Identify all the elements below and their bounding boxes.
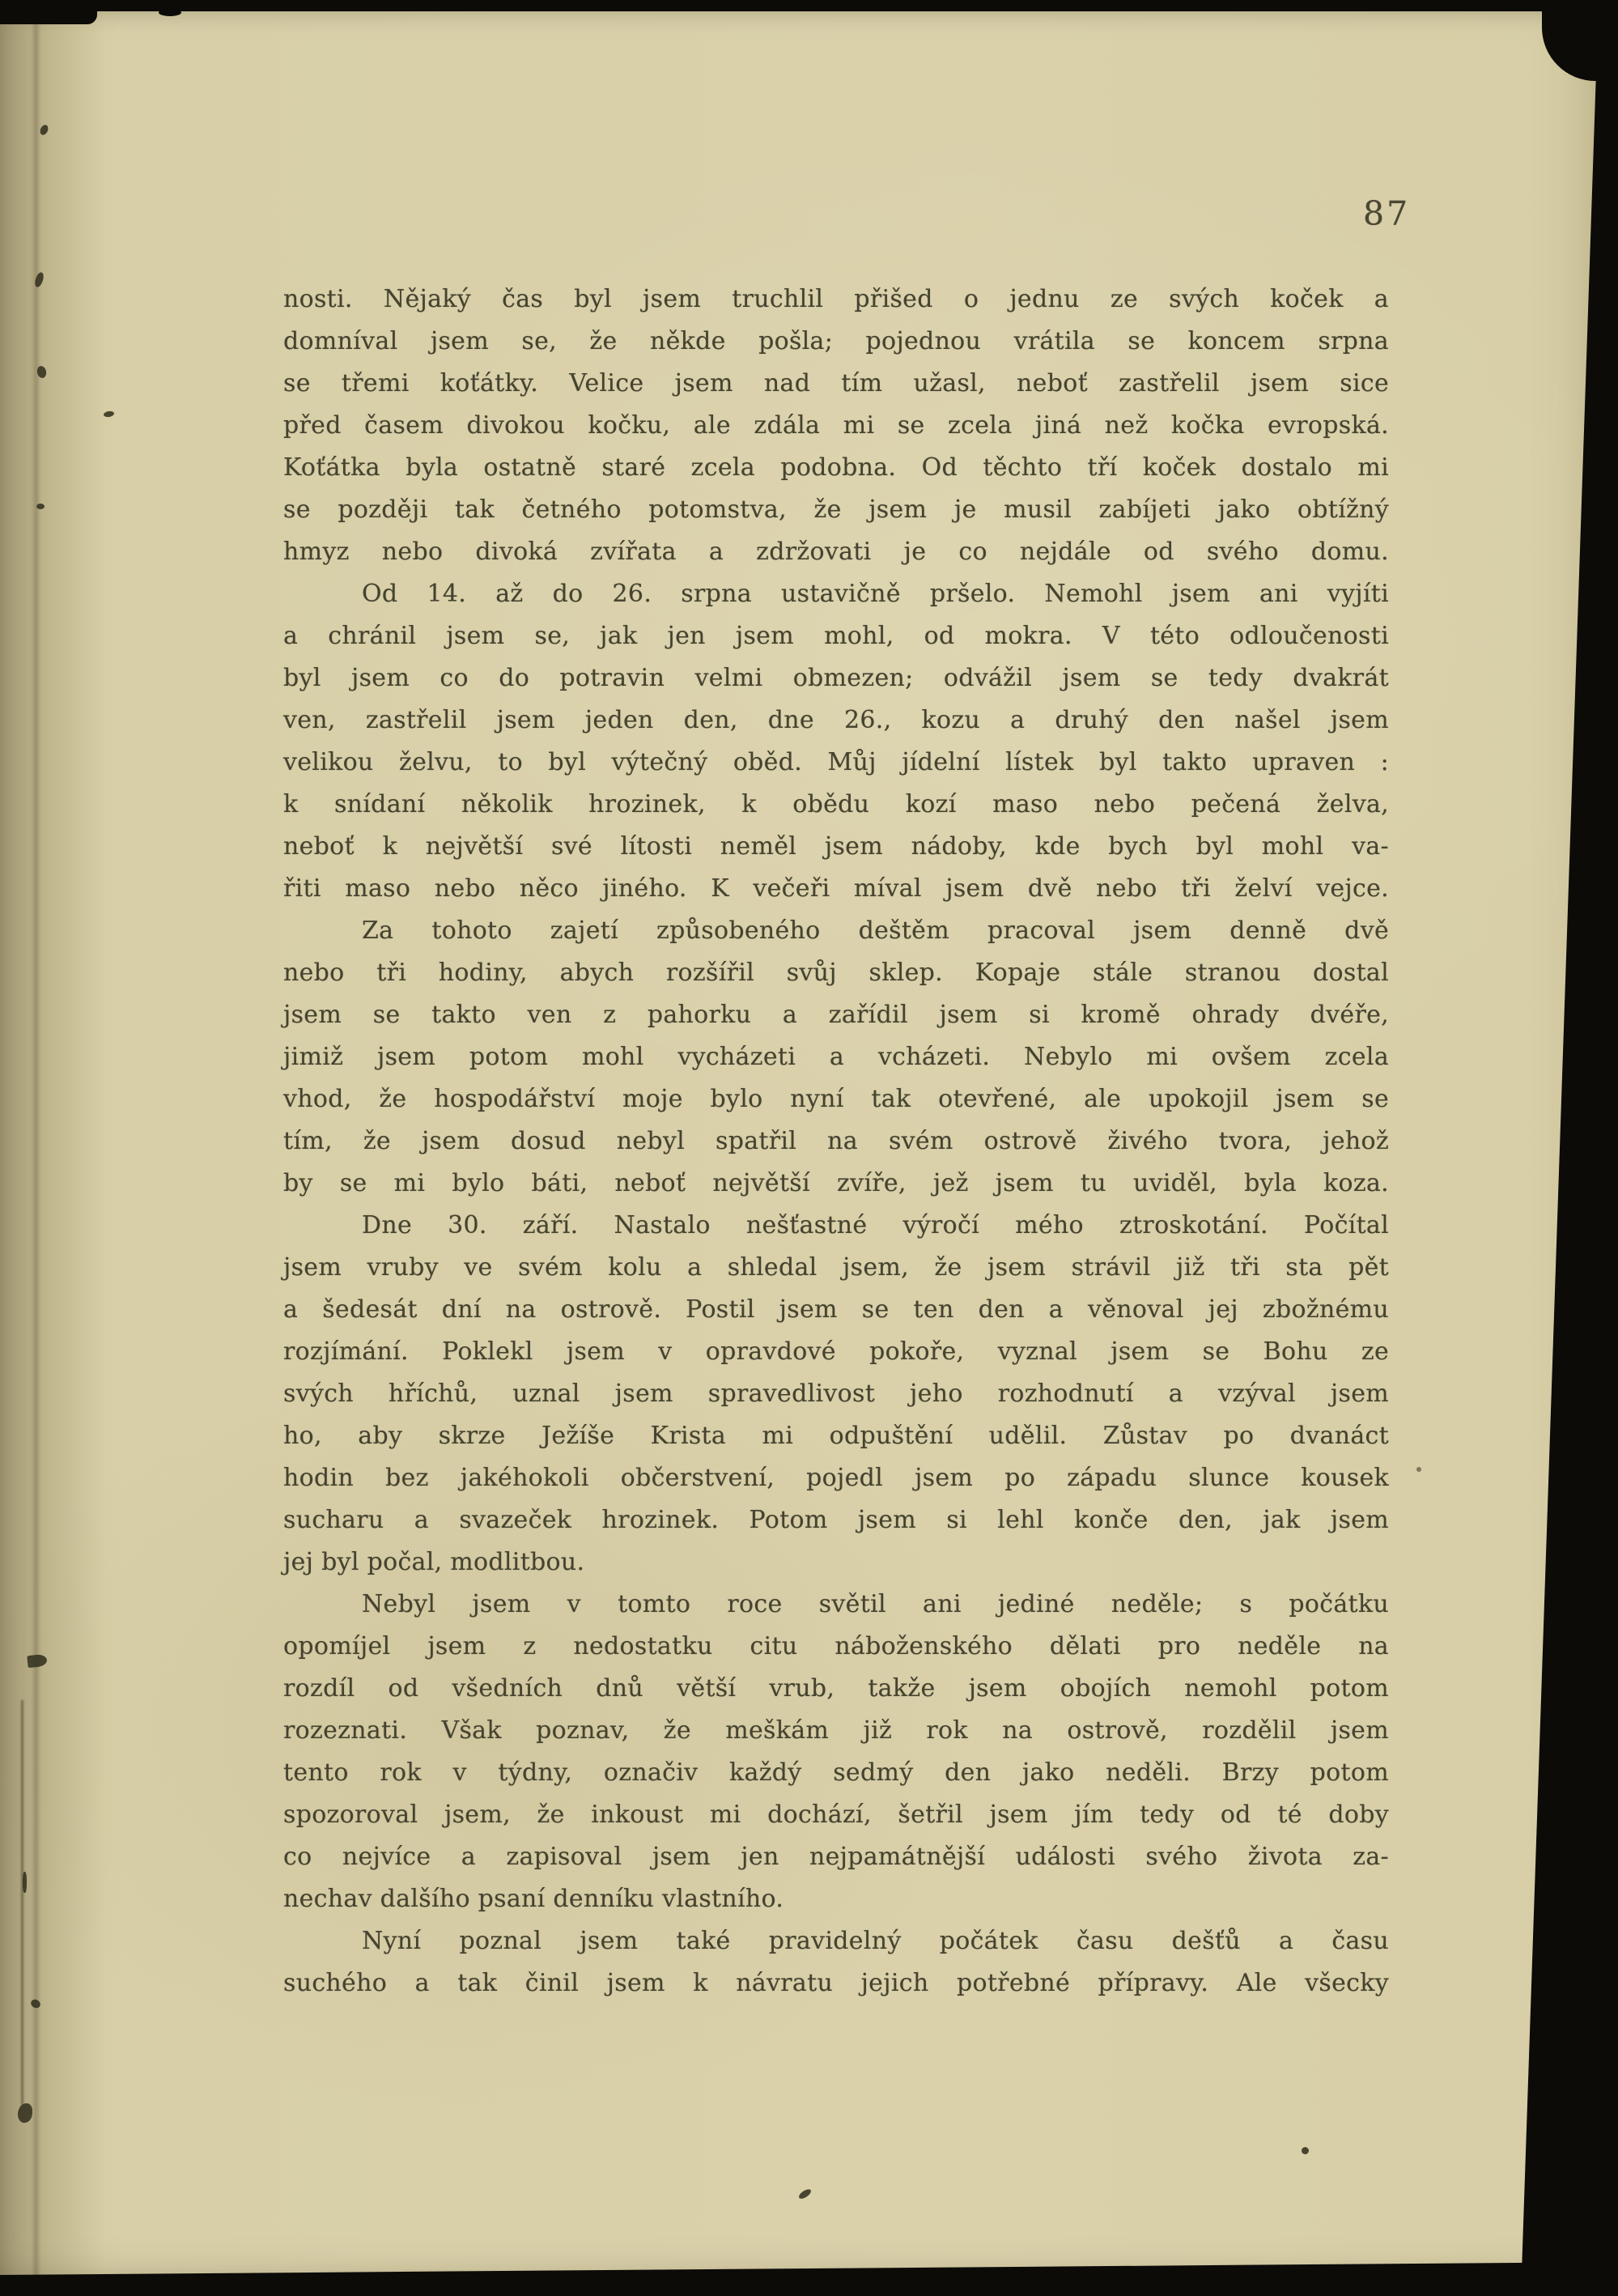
scan-edge-top-left <box>0 0 97 24</box>
ink-speck <box>1416 1467 1421 1472</box>
text-line: co nejvíce a zapisoval jsem jen nejpamát… <box>283 1836 1389 1878</box>
text-line: a šedesát dní na ostrově. Postil jsem se… <box>283 1289 1389 1331</box>
text-line: hodin bez jakéhokoli občerstvení, pojedl… <box>283 1457 1389 1499</box>
text-line: Nebyl jsem v tomto roce světil ani jedin… <box>283 1584 1389 1626</box>
text-line: a chránil jsem se, jak jen jsem mohl, od… <box>283 615 1389 657</box>
text-line: rozjímání. Poklekl jsem v opravdové poko… <box>283 1331 1389 1373</box>
text-line: Koťátka byla ostatně staré zcela podobna… <box>283 447 1389 489</box>
scan-edge-artifact <box>159 9 181 16</box>
text-line: spozoroval jsem, že inkoust mi dochází, … <box>283 1794 1389 1836</box>
text-line: byl jsem co do potravin velmi obmezen; o… <box>283 657 1389 699</box>
ink-speck <box>23 1872 27 1893</box>
text-line: velikou želvu, to byl výtečný oběd. Můj … <box>283 742 1389 784</box>
text-line: Nyní poznal jsem také pravidelný počátek… <box>283 1920 1389 1962</box>
text-line: tento rok v týdny, označiv každý sedmý d… <box>283 1752 1389 1794</box>
ink-speck <box>36 504 45 509</box>
text-line: sucharu a svazeček hrozinek. Potom jsem … <box>283 1499 1389 1541</box>
text-line: opomíjel jsem z nedostatku citu nábožens… <box>283 1626 1389 1668</box>
text-line: domníval jsem se, že někde pošla; pojedn… <box>283 321 1389 363</box>
text-line: ven, zastřelil jsem jeden den, dne 26., … <box>283 699 1389 742</box>
text-line: rozdíl od všedních dnů větší vrub, takže… <box>283 1668 1389 1710</box>
ink-speck <box>1302 2147 1309 2154</box>
text-line: rozeznati. Však poznav, že meškám již ro… <box>283 1710 1389 1752</box>
text-line: vhod, že hospodářství moje bylo nyní tak… <box>283 1078 1389 1120</box>
ink-speck <box>104 410 115 418</box>
scan-edge-top <box>0 0 1618 11</box>
text-line: neboť k největší své lítosti neměl jsem … <box>283 826 1389 868</box>
text-line: tím, že jsem dosud nebyl spatřil na svém… <box>283 1120 1389 1163</box>
binding-crease <box>34 0 38 2296</box>
text-line: Za tohoto zajetí způsobeného deštěm prac… <box>283 910 1389 952</box>
text-line: Dne 30. září. Nastalo nešťastné výročí m… <box>283 1205 1389 1247</box>
body-text: nosti. Nějaký čas byl jsem truchlil přiš… <box>283 278 1389 2005</box>
paper: 87 nosti. Nějaký čas byl jsem truchlil p… <box>0 0 1618 2296</box>
ink-speck <box>797 2188 813 2200</box>
text-line: jsem vruby ve svém kolu a shledal jsem, … <box>283 1247 1389 1289</box>
text-line: se třemi koťátky. Velice jsem nad tím už… <box>283 363 1389 405</box>
text-line: se později tak četného potomstva, že jse… <box>283 489 1389 531</box>
text-line: suchého a tak činil jsem k návratu jejic… <box>283 1962 1389 2005</box>
paper-scratch <box>21 1700 23 2105</box>
gutter-shadow <box>0 0 105 2296</box>
text-line: nechav dalšího psaní denníku vlastního. <box>283 1878 1389 1920</box>
text-line: k snídaní několik hrozinek, k obědu kozí… <box>283 784 1389 826</box>
text-line: hmyz nebo divoká zvířata a zdržovati je … <box>283 531 1389 573</box>
text-line: jimiž jsem potom mohl vycházeti a vcháze… <box>283 1036 1389 1078</box>
text-line: řiti maso nebo něco jiného. K večeři mív… <box>283 868 1389 910</box>
page-number: 87 <box>1363 194 1410 233</box>
text-line: by se mi bylo báti, neboť největší zvíře… <box>283 1163 1389 1205</box>
text-line: nosti. Nějaký čas byl jsem truchlil přiš… <box>283 278 1389 321</box>
text-line: jsem se takto ven z pahorku a zařídil js… <box>283 994 1389 1036</box>
text-line: svých hříchů, uznal jsem spravedlivost j… <box>283 1373 1389 1415</box>
text-line: nebo tři hodiny, abych rozšířil svůj skl… <box>283 952 1389 994</box>
text-line: Od 14. až do 26. srpna ustavičně pršelo.… <box>283 573 1389 615</box>
text-line: jej byl počal, modlitbou. <box>283 1541 1389 1584</box>
text-line: ho, aby skrze Ježíše Krista mi odpuštění… <box>283 1415 1389 1457</box>
scanned-book-page: 87 nosti. Nějaký čas byl jsem truchlil p… <box>0 0 1618 2296</box>
text-line: před časem divokou kočku, ale zdála mi s… <box>283 405 1389 447</box>
